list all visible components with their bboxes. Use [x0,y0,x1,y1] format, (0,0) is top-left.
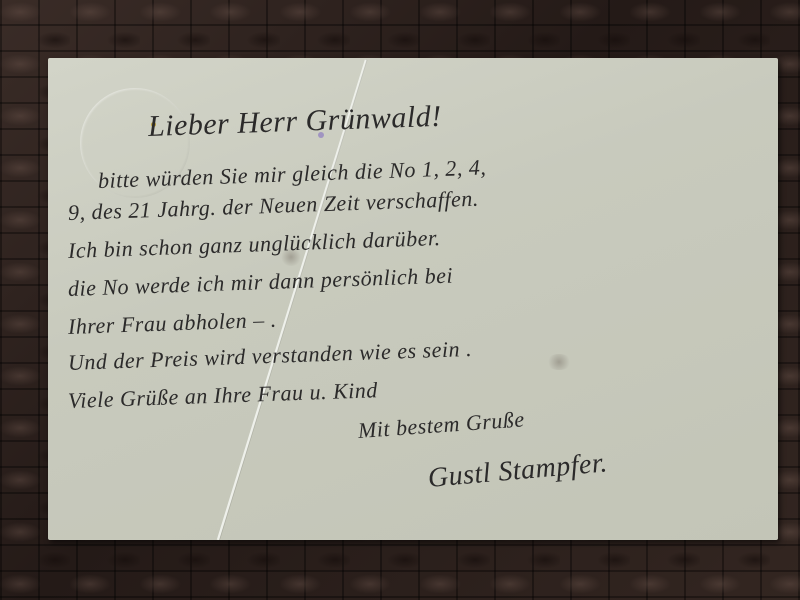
closing-line: Mit bestem Gruße [357,406,525,444]
body-line: Ich bin schon ganz unglücklich darüber. [68,225,441,264]
body-line: die No werde ich mir dann persönlich bei [68,263,454,302]
greeting-line: Lieber Herr Grünwald! [147,100,442,144]
ink-stain [546,354,572,370]
body-line: Viele Grüße an Ihre Frau u. Kind [68,377,379,414]
postcard: Lieber Herr Grünwald! bitte würden Sie m… [48,58,778,540]
body-line: Und der Preis wird verstanden wie es sei… [68,336,473,376]
body-line: Ihrer Frau abholen – . [68,307,278,340]
signature: Gustl Stampfer. [427,447,609,495]
